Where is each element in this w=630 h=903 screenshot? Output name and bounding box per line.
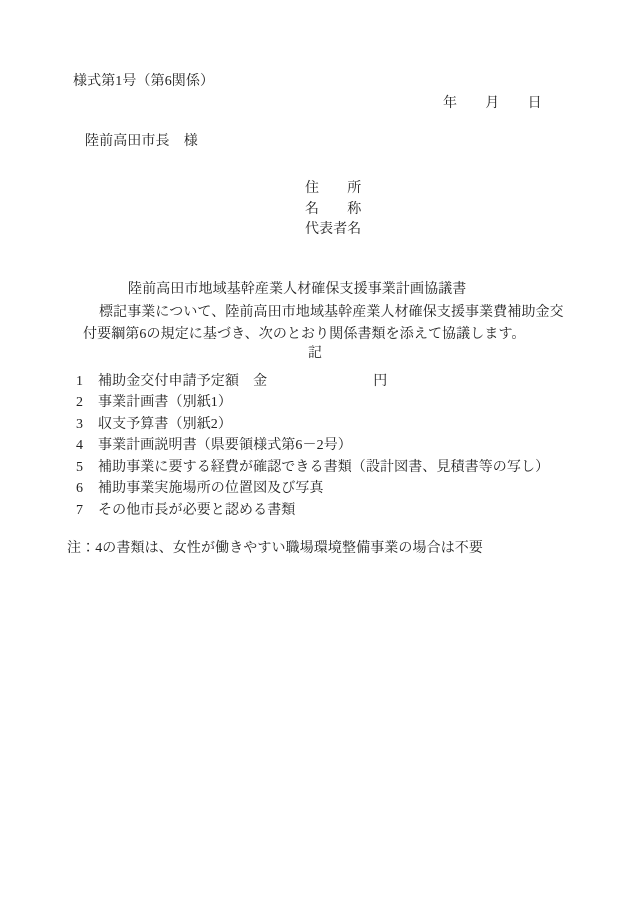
item-number: 2 [76,393,98,413]
sender-name-label: 名 称 [305,200,361,220]
document-page: 様式第1号（第6関係） 年 月 日 陸前高田市長 様 住 所 名 称 代表者名 … [0,0,630,903]
list-item-2: 2事業計画書（別紙1） [76,393,232,413]
item-number: 1 [76,372,98,392]
item-number: 3 [76,415,98,435]
item-text: 収支予算書（別紙2） [98,417,232,432]
amount-blank-field [267,384,373,385]
body-paragraph-line-2: 付要綱第6の規定に基づき、次のとおり関係書類を添えて協議します。 [83,325,526,345]
item-text: その他市長が必要と認める書類 [98,503,295,518]
item-number: 4 [76,436,98,456]
addressee: 陸前高田市長 様 [85,132,198,152]
list-item-7: 7その他市長が必要と認める書類 [76,501,295,521]
item-number: 6 [76,479,98,499]
body-paragraph-line-1: 標記事業について、陸前高田市地域基幹産業人材確保支援事業費補助金交 [99,303,564,323]
list-item-5: 5補助事業に要する経費が確認できる書類（設計図書、見積書等の写し） [76,458,549,478]
item-text: 補助事業に要する経費が確認できる書類（設計図書、見積書等の写し） [98,460,549,475]
date-line: 年 月 日 [443,94,542,114]
amount-unit-label: 円 [373,374,387,389]
record-marker: 記 [308,344,322,364]
sender-representative-label: 代表者名 [305,220,361,240]
item-number: 5 [76,458,98,478]
document-title: 陸前高田市地域基幹産業人材確保支援事業計画協議書 [128,280,466,300]
form-number: 様式第1号（第6関係） [73,72,214,92]
sender-address-label: 住 所 [305,179,361,199]
item-text: 補助事業実施場所の位置図及び写真 [98,481,324,496]
list-item-3: 3収支予算書（別紙2） [76,415,232,435]
note-line: 注：4の書類は、女性が働きやすい職場環境整備事業の場合は不要 [67,539,483,559]
list-item-6: 6補助事業実施場所の位置図及び写真 [76,479,324,499]
item-number: 7 [76,501,98,521]
list-item-1: 1補助金交付申請予定額 金円 [76,372,387,392]
item-text: 事業計画書（別紙1） [98,395,232,410]
item-text: 事業計画説明書（県要領様式第6－2号） [98,438,352,453]
item-text: 補助金交付申請予定額 金 [98,374,267,389]
list-item-4: 4事業計画説明書（県要領様式第6－2号） [76,436,352,456]
